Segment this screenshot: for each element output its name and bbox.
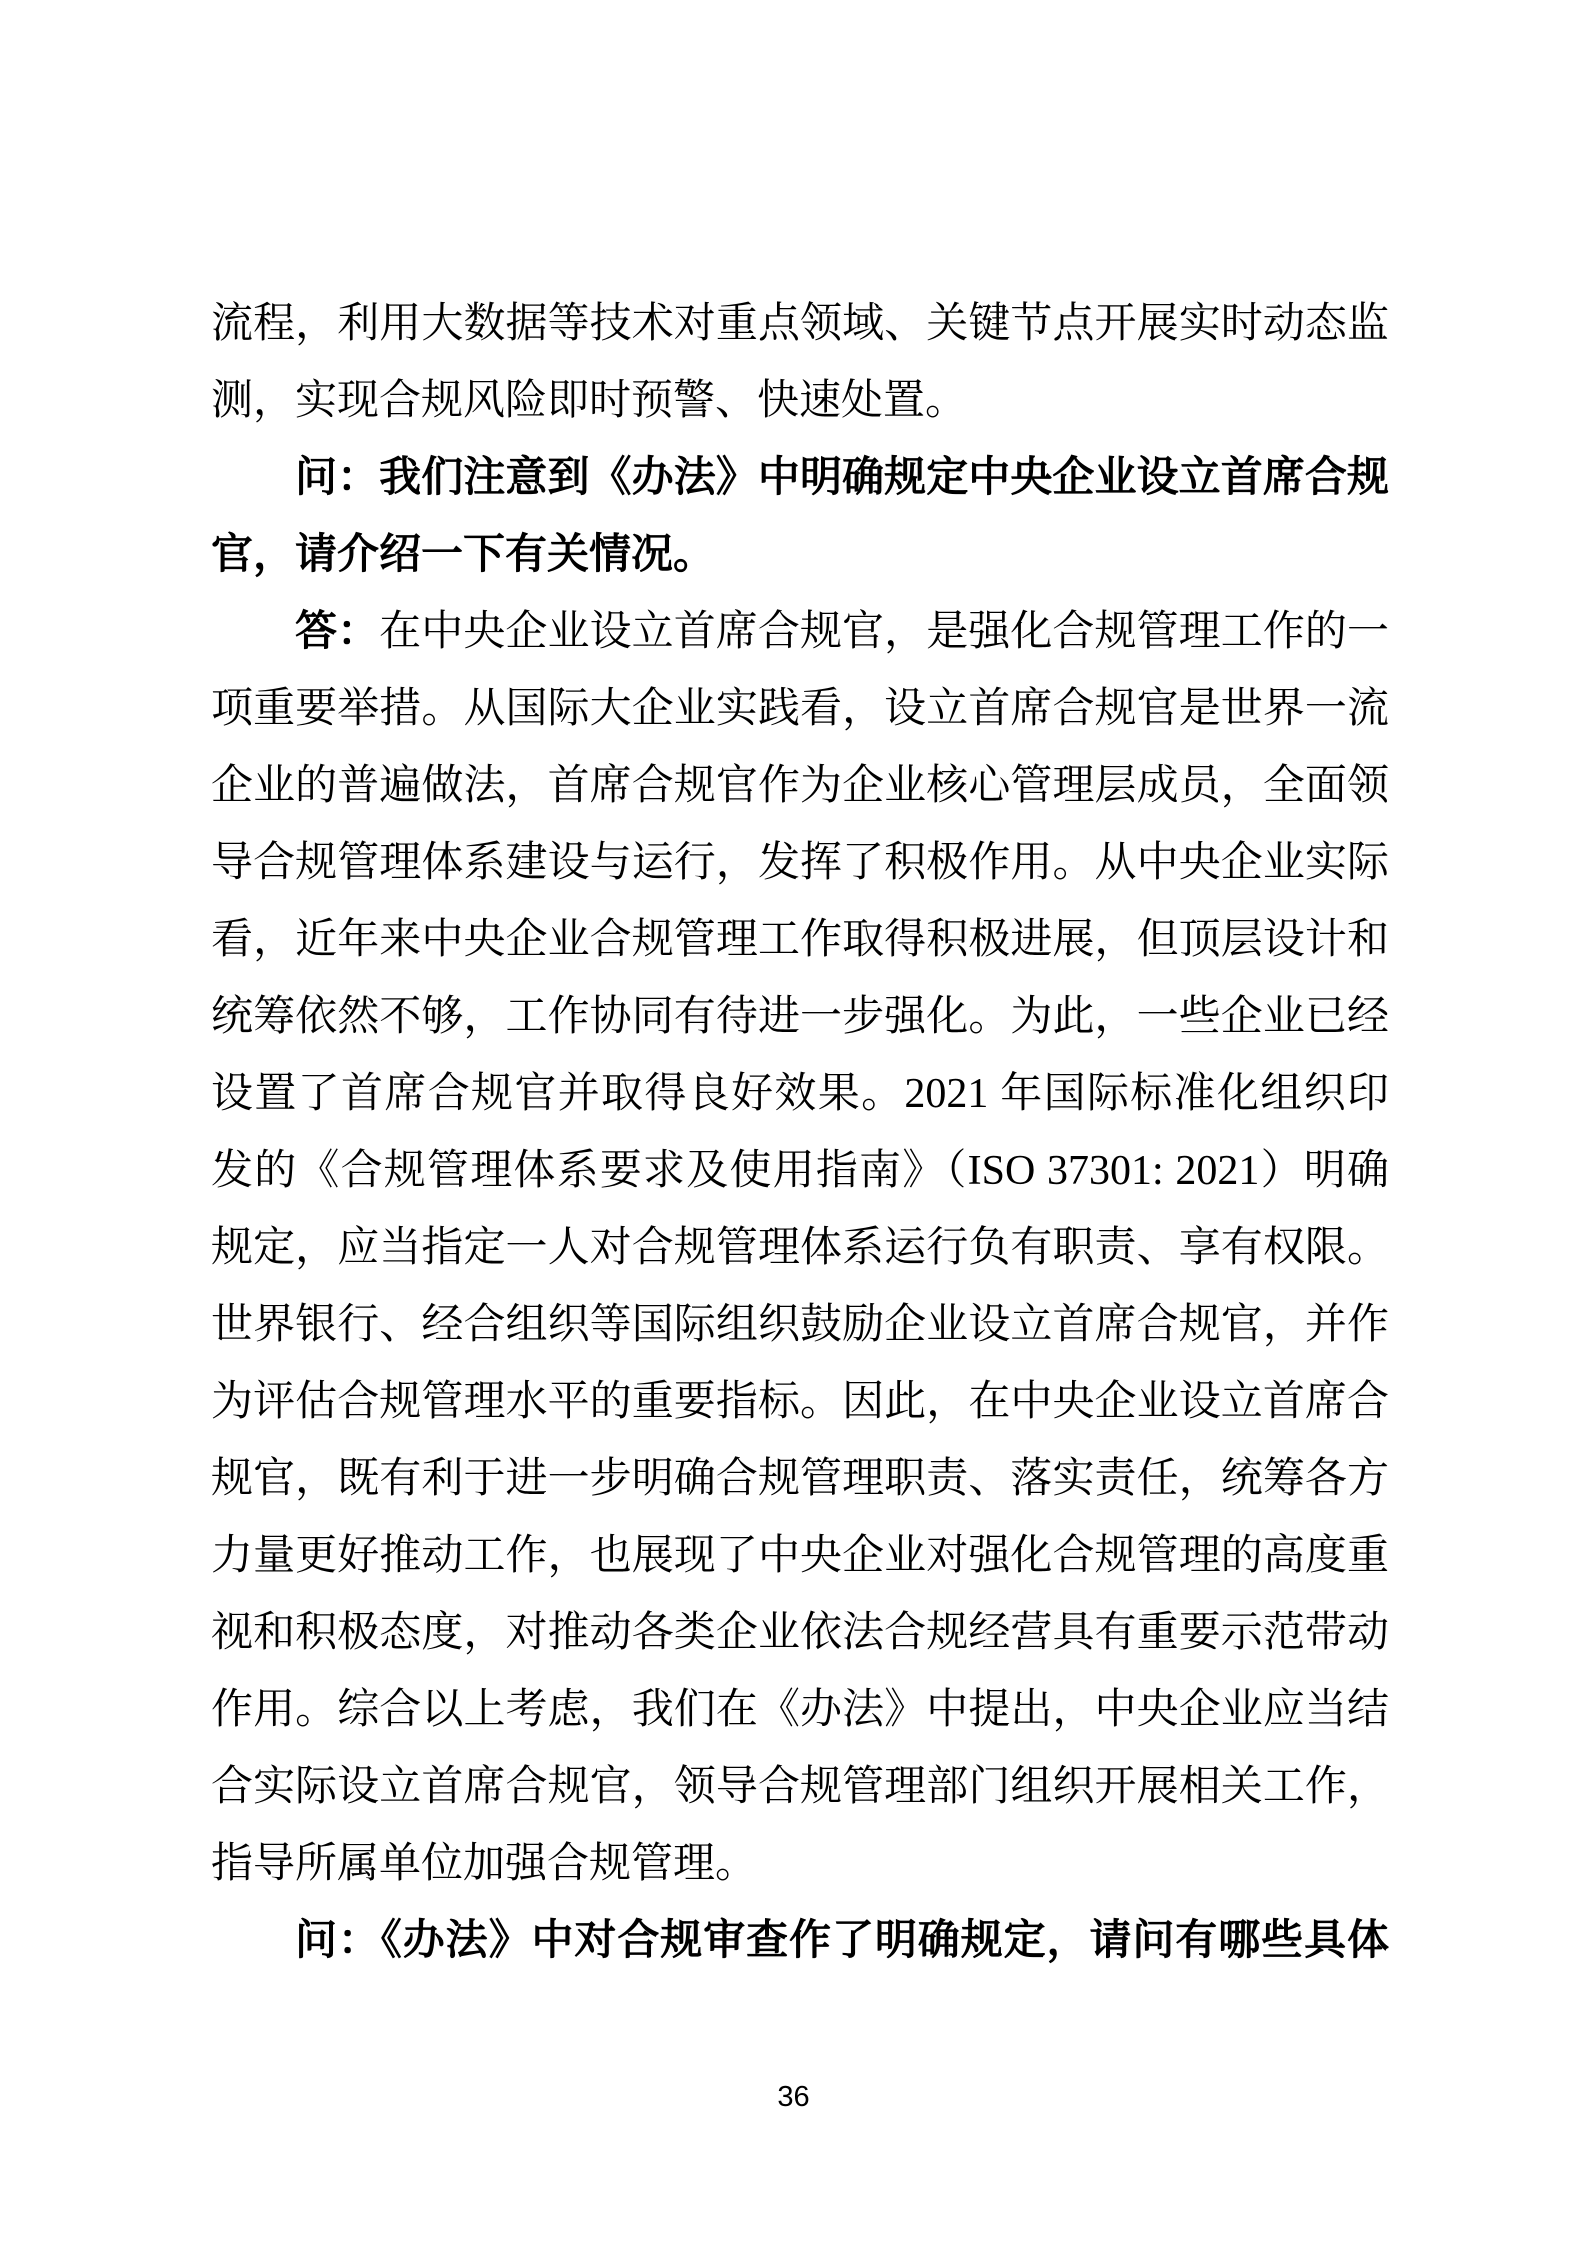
text-line: 世界银行、经合组织等国际组织鼓励企业设立首席合规官，并作 bbox=[211, 1287, 1389, 1364]
text-line: 看，近年来中央企业合规管理工作取得积极进展，但顶层设计和 bbox=[211, 902, 1389, 979]
text-line: 答：在中央企业设立首席合规官，是强化合规管理工作的一 bbox=[211, 594, 1389, 671]
text-line: 统筹依然不够，工作协同有待进一步强化。为此，一些企业已经 bbox=[211, 979, 1389, 1056]
text-line: 为评估合规管理水平的重要指标。因此，在中央企业设立首席合 bbox=[211, 1364, 1389, 1441]
paragraph-question: 问：《办法》中对合规审查作了明确规定，请问有哪些具体 bbox=[211, 1903, 1389, 1980]
text-line: 官，请介绍一下有关情况。 bbox=[211, 517, 1389, 594]
text-line: 测，实现合规风险即时预警、快速处置。 bbox=[211, 363, 1389, 440]
text-line: 问：我们注意到《办法》中明确规定中央企业设立首席合规 bbox=[211, 440, 1389, 517]
paragraph-answer: 答：在中央企业设立首席合规官，是强化合规管理工作的一项重要举措。从国际大企业实践… bbox=[211, 594, 1389, 1903]
page-number: 36 bbox=[0, 2081, 1587, 2113]
text-line: 作用。综合以上考虑，我们在《办法》中提出，中央企业应当结 bbox=[211, 1672, 1389, 1749]
text-line: 视和积极态度，对推动各类企业依法合规经营具有重要示范带动 bbox=[211, 1595, 1389, 1672]
text-line: 指导所属单位加强合规管理。 bbox=[211, 1826, 1389, 1903]
text-line: 导合规管理体系建设与运行，发挥了积极作用。从中央企业实际 bbox=[211, 825, 1389, 902]
text-line: 规定，应当指定一人对合规管理体系运行负有职责、享有权限。 bbox=[211, 1210, 1389, 1287]
document-body: 流程，利用大数据等技术对重点领域、关键节点开展实时动态监测，实现合规风险即时预警… bbox=[211, 286, 1389, 1980]
text-line: 设置了首席合规官并取得良好效果。2021 年国际标准化组织印 bbox=[211, 1056, 1389, 1133]
text-line: 规官，既有利于进一步明确合规管理职责、落实责任，统筹各方 bbox=[211, 1441, 1389, 1518]
paragraph-question: 问：我们注意到《办法》中明确规定中央企业设立首席合规官，请介绍一下有关情况。 bbox=[211, 440, 1389, 594]
text-line: 发的《合规管理体系要求及使用指南》（ISO 37301: 2021）明确 bbox=[211, 1133, 1389, 1210]
text-line: 合实际设立首席合规官，领导合规管理部门组织开展相关工作， bbox=[211, 1749, 1389, 1826]
text-line: 问：《办法》中对合规审查作了明确规定，请问有哪些具体 bbox=[211, 1903, 1389, 1980]
text-line: 项重要举措。从国际大企业实践看，设立首席合规官是世界一流 bbox=[211, 671, 1389, 748]
text-line: 流程，利用大数据等技术对重点领域、关键节点开展实时动态监 bbox=[211, 286, 1389, 363]
paragraph-body: 流程，利用大数据等技术对重点领域、关键节点开展实时动态监测，实现合规风险即时预警… bbox=[211, 286, 1389, 440]
answer-label: 答： bbox=[295, 609, 379, 655]
document-page: 流程，利用大数据等技术对重点领域、关键节点开展实时动态监测，实现合规风险即时预警… bbox=[0, 0, 1587, 2245]
text-line: 企业的普遍做法，首席合规官作为企业核心管理层成员，全面领 bbox=[211, 748, 1389, 825]
text-line: 力量更好推动工作，也展现了中央企业对强化合规管理的高度重 bbox=[211, 1518, 1389, 1595]
